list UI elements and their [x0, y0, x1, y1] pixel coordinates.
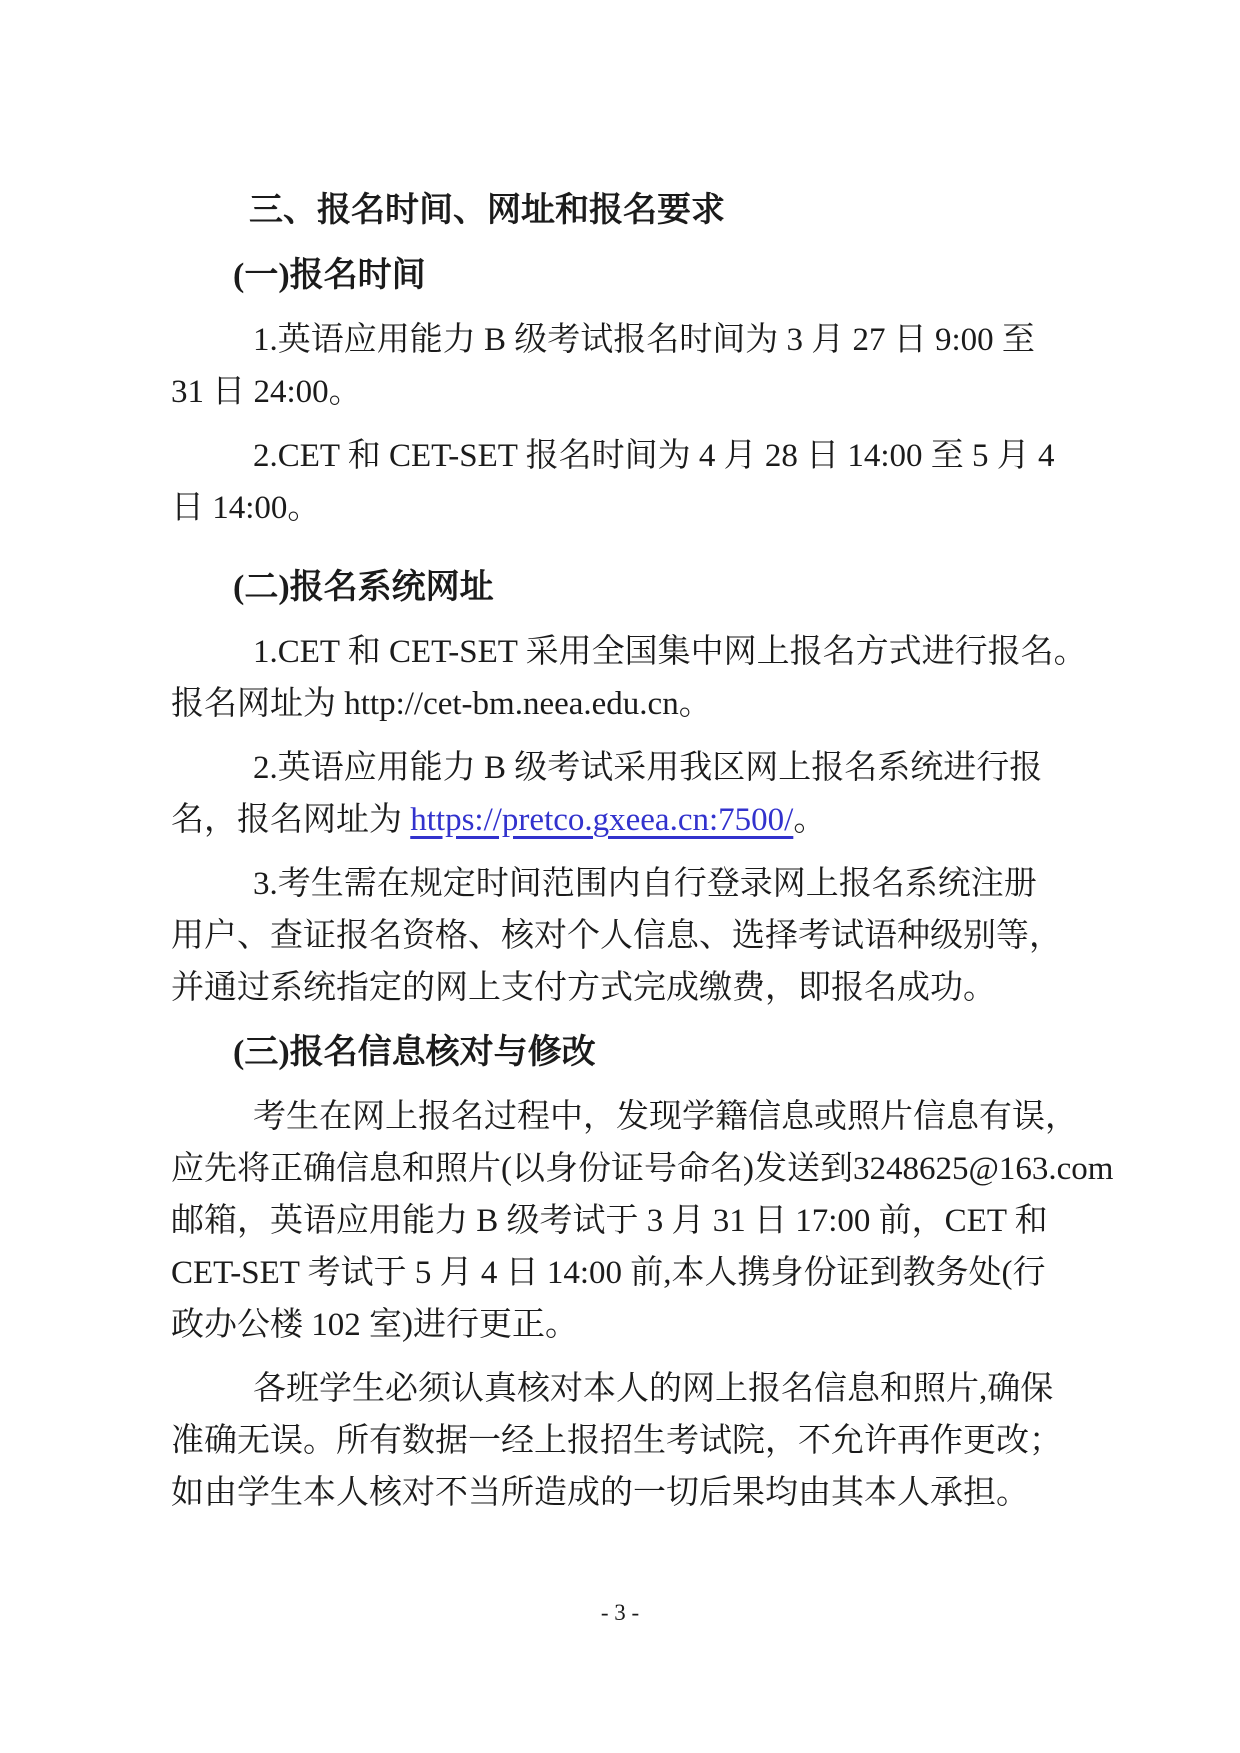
pretco-registration-link[interactable]: https://pretco.gxeea.cn:7500/: [410, 802, 793, 838]
text-segment: 2.CET 和 CET-SET 报名时间为 4 月 28 日 14:00 至 5…: [253, 438, 1055, 474]
paragraph-block: 各班学生必须认真核对本人的网上报名信息和照片,确保准确无误。所有数据一经上报招生…: [171, 1363, 1081, 1519]
document-page: 三、报名时间、网址和报名要求(一)报名时间1.英语应用能力 B 级考试报名时间为…: [0, 0, 1240, 1753]
heading-block: (一)报名时间: [171, 250, 1081, 302]
text-line: (二)报名系统网址: [171, 562, 1081, 614]
heading-block: (三)报名信息核对与修改: [171, 1027, 1081, 1079]
text-line: (三)报名信息核对与修改: [171, 1027, 1081, 1079]
text-line: 名，报名网址为 https://pretco.gxeea.cn:7500/。: [171, 794, 1081, 846]
paragraph-block: 2.CET 和 CET-SET 报名时间为 4 月 28 日 14:00 至 5…: [171, 430, 1081, 534]
paragraph-block: 3.考生需在规定时间范围内自行登录网上报名系统注册用户、查证报名资格、核对个人信…: [171, 858, 1081, 1014]
page-number: - 3 -: [0, 1598, 1240, 1628]
text-segment: (一)报名时间: [233, 257, 426, 294]
text-line: 31 日 24:00。: [171, 366, 1081, 418]
paragraph-block: 1.CET 和 CET-SET 采用全国集中网上报名方式进行报名。报名网址为 h…: [171, 626, 1081, 730]
text-line: 2.CET 和 CET-SET 报名时间为 4 月 28 日 14:00 至 5…: [171, 430, 1081, 482]
title-block: 三、报名时间、网址和报名要求: [171, 185, 1081, 237]
text-line: 报名网址为 http://cet-bm.neea.edu.cn。: [171, 678, 1081, 730]
text-line: 各班学生必须认真核对本人的网上报名信息和照片,确保: [171, 1363, 1081, 1415]
text-line: CET-SET 考试于 5 月 4 日 14:00 前,本人携身份证到教务处(行: [171, 1247, 1081, 1299]
text-segment: 31 日 24:00。: [171, 374, 362, 410]
text-line: 准确无误。所有数据一经上报招生考试院，不允许再作更改；: [171, 1415, 1081, 1467]
text-segment: CET-SET 考试于 5 月 4 日 14:00 前,本人携身份证到教务处(行: [171, 1255, 1046, 1291]
text-line: 并通过系统指定的网上支付方式完成缴费，即报名成功。: [171, 962, 1081, 1014]
text-segment: 1.英语应用能力 B 级考试报名时间为 3 月 27 日 9:00 至: [253, 322, 1035, 358]
text-segment: 三、报名时间、网址和报名要求: [249, 192, 725, 229]
text-segment: 应先将正确信息和照片(以身份证号命名)发送到3248625@163.com: [171, 1151, 1113, 1187]
text-line: 3.考生需在规定时间范围内自行登录网上报名系统注册: [171, 858, 1081, 910]
text-segment: 各班学生必须认真核对本人的网上报名信息和照片,确保: [253, 1371, 1053, 1407]
text-segment: 考生在网上报名过程中，发现学籍信息或照片信息有误，: [253, 1099, 1078, 1135]
document-body: 三、报名时间、网址和报名要求(一)报名时间1.英语应用能力 B 级考试报名时间为…: [171, 185, 1081, 1519]
text-segment: 用户、查证报名资格、核对个人信息、选择考试语种级别等，: [171, 918, 1062, 954]
text-segment: 1.CET 和 CET-SET 采用全国集中网上报名方式进行报名。: [253, 634, 1087, 670]
text-segment: 3.考生需在规定时间范围内自行登录网上报名系统注册: [253, 866, 1037, 902]
text-line: 政办公楼 102 室)进行更正。: [171, 1299, 1081, 1351]
text-segment: (二)报名系统网址: [233, 569, 494, 606]
text-segment: 如由学生本人核对不当所造成的一切后果均由其本人承担。: [171, 1475, 1029, 1511]
text-segment: 报名网址为 http://cet-bm.neea.edu.cn。: [171, 686, 712, 722]
text-line: 1.英语应用能力 B 级考试报名时间为 3 月 27 日 9:00 至: [171, 314, 1081, 366]
text-segment: 。: [793, 802, 826, 838]
text-segment: 2.英语应用能力 B 级考试采用我区网上报名系统进行报: [253, 750, 1042, 786]
paragraph-block: 考生在网上报名过程中，发现学籍信息或照片信息有误，应先将正确信息和照片(以身份证…: [171, 1091, 1081, 1351]
text-line: 邮箱，英语应用能力 B 级考试于 3 月 31 日 17:00 前，CET 和: [171, 1195, 1081, 1247]
text-line: 三、报名时间、网址和报名要求: [171, 185, 1081, 237]
heading-block: (二)报名系统网址: [171, 562, 1081, 614]
text-segment: 准确无误。所有数据一经上报招生考试院，不允许再作更改；: [171, 1423, 1062, 1459]
paragraph-block: 1.英语应用能力 B 级考试报名时间为 3 月 27 日 9:00 至31 日 …: [171, 314, 1081, 418]
text-segment: 并通过系统指定的网上支付方式完成缴费，即报名成功。: [171, 970, 996, 1006]
text-line: (一)报名时间: [171, 250, 1081, 302]
text-segment: 日 14:00。: [171, 490, 320, 526]
text-line: 2.英语应用能力 B 级考试采用我区网上报名系统进行报: [171, 742, 1081, 794]
text-line: 考生在网上报名过程中，发现学籍信息或照片信息有误，: [171, 1091, 1081, 1143]
text-segment: 邮箱，英语应用能力 B 级考试于 3 月 31 日 17:00 前，CET 和: [171, 1203, 1048, 1239]
text-line: 1.CET 和 CET-SET 采用全国集中网上报名方式进行报名。: [171, 626, 1081, 678]
text-line: 如由学生本人核对不当所造成的一切后果均由其本人承担。: [171, 1467, 1081, 1519]
text-line: 用户、查证报名资格、核对个人信息、选择考试语种级别等，: [171, 910, 1081, 962]
text-line: 应先将正确信息和照片(以身份证号命名)发送到3248625@163.com: [171, 1143, 1081, 1195]
text-segment: 政办公楼 102 室)进行更正。: [171, 1307, 578, 1343]
paragraph-block: 2.英语应用能力 B 级考试采用我区网上报名系统进行报名，报名网址为 https…: [171, 742, 1081, 846]
text-segment: 名，报名网址为: [171, 802, 410, 838]
text-line: 日 14:00。: [171, 482, 1081, 534]
text-segment: (三)报名信息核对与修改: [233, 1034, 596, 1071]
